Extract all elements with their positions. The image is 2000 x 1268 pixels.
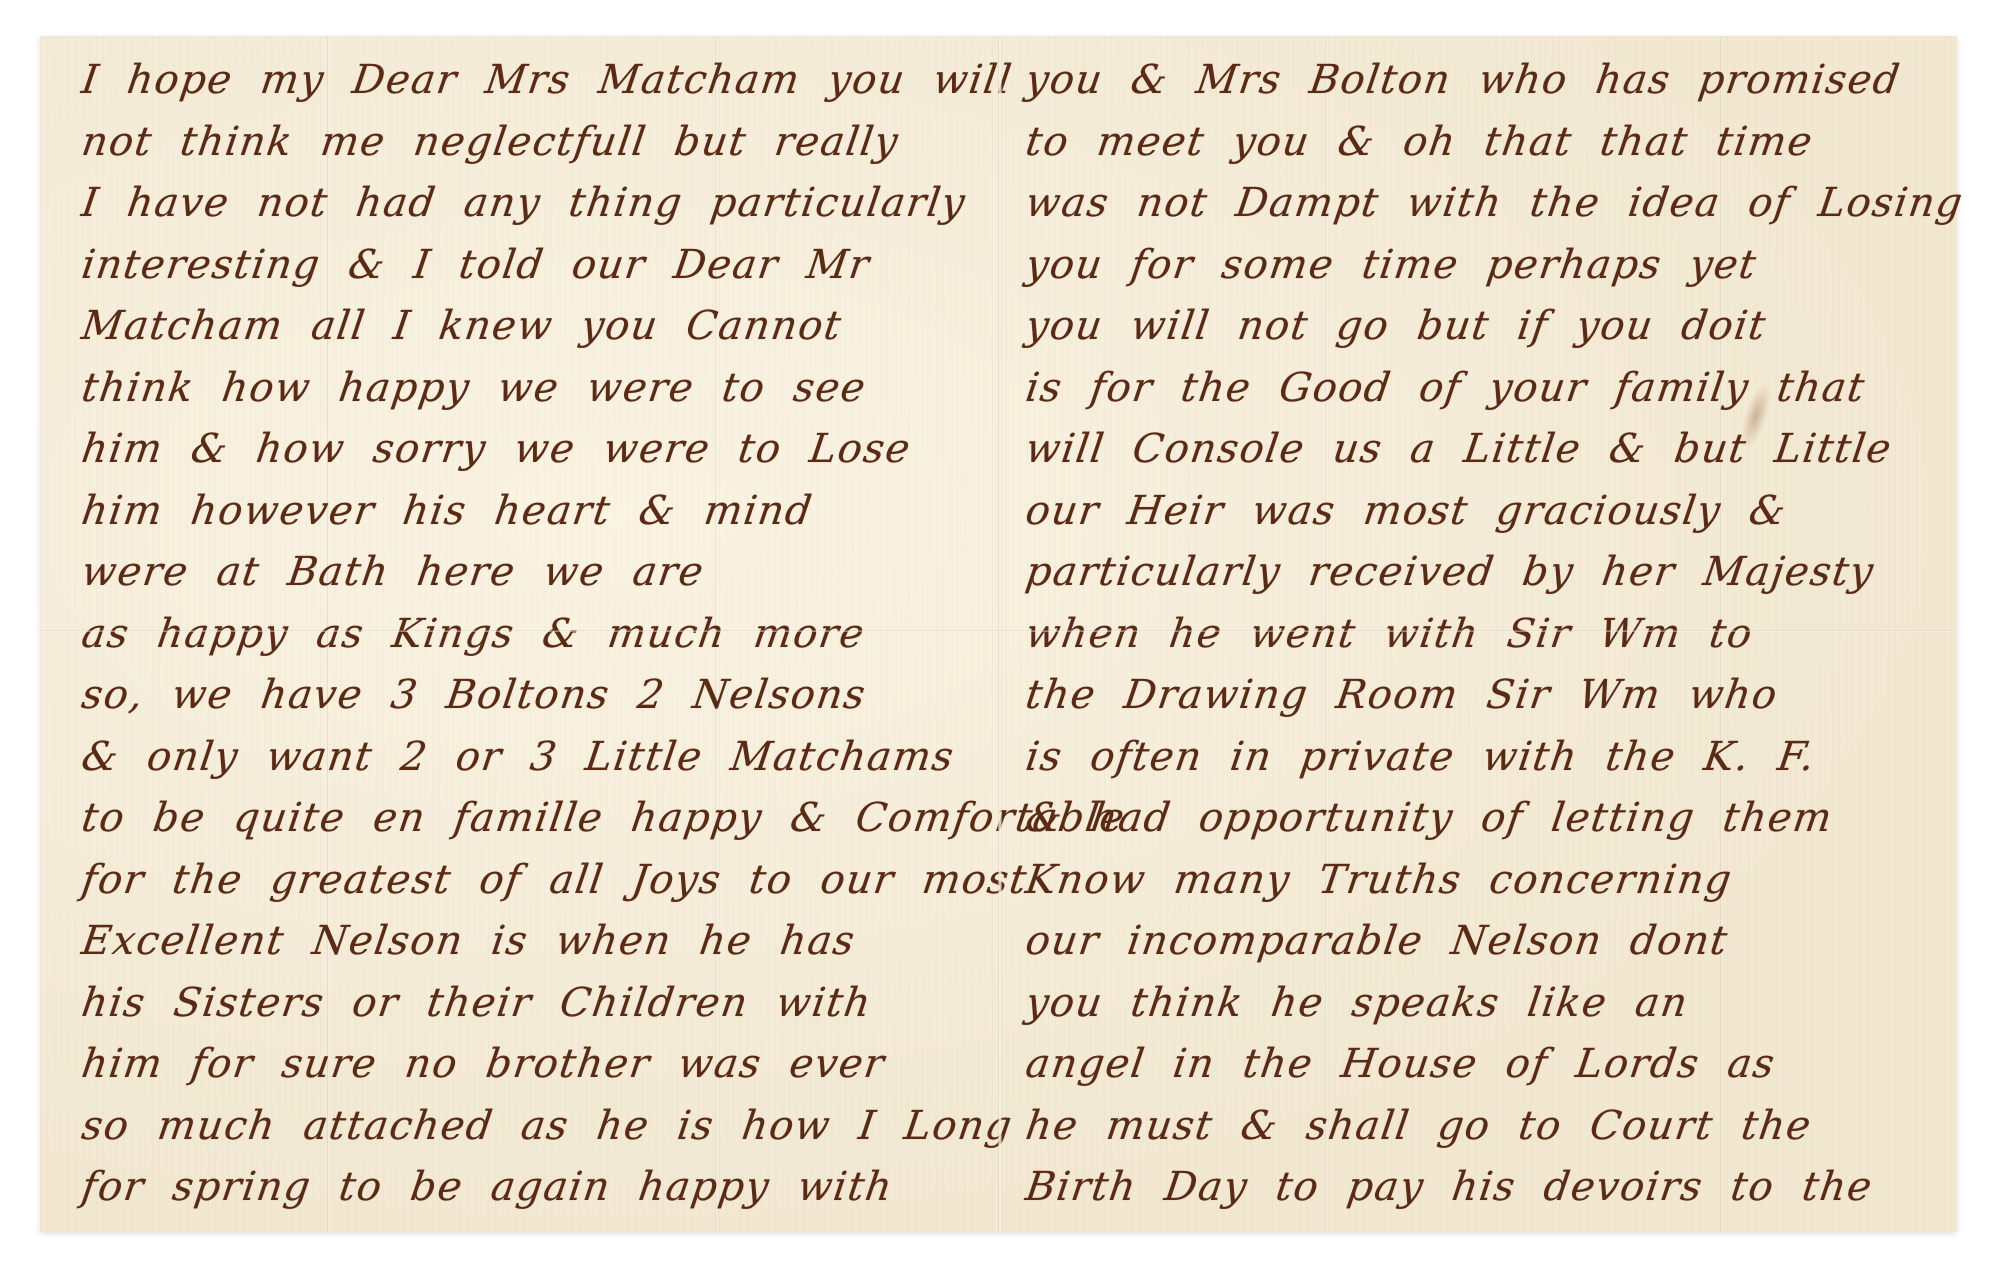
handwritten-line: I have not had any thing particularly: [36, 173, 1005, 235]
handwritten-line: our incomparable Nelson dont: [998, 911, 1962, 973]
handwritten-line: so, we have 3 Boltons 2 Nelsons: [36, 665, 1005, 727]
handwritten-line: when he went with Sir Wm to: [998, 604, 1962, 666]
handwritten-line: so much attached as he is how I Long: [36, 1096, 1005, 1158]
handwritten-line: is often in private with the K. F.: [998, 727, 1962, 789]
handwritten-line: as happy as Kings & much more: [36, 604, 1005, 666]
handwritten-line: to be quite en famille happy & Comfortab…: [36, 788, 1005, 850]
handwritten-line: Matcham all I knew you Cannot: [36, 296, 1005, 358]
handwritten-line: & had opportunity of letting them: [998, 788, 1962, 850]
handwritten-line: angel in the House of Lords as: [998, 1034, 1962, 1096]
handwritten-line: Excellent Nelson is when he has: [36, 911, 1005, 973]
left-page: I hope my Dear Mrs Matcham you will not …: [40, 36, 1000, 1232]
handwritten-line: he must & shall go to Court the: [998, 1096, 1962, 1158]
handwritten-line: you think he speaks like an: [998, 973, 1962, 1035]
right-page-text: you & Mrs Bolton who has promised to mee…: [1002, 50, 1957, 1219]
handwritten-line: the Drawing Room Sir Wm who: [998, 665, 1962, 727]
fold-line-horizontal: [40, 630, 1957, 632]
handwritten-line: him for sure no brother was ever: [36, 1034, 1005, 1096]
handwritten-line: & only want 2 or 3 Little Matchams: [36, 727, 1005, 789]
handwritten-line: particularly received by her Majesty: [998, 542, 1962, 604]
handwritten-line: to meet you & oh that that time: [998, 112, 1962, 174]
handwritten-line: you & Mrs Bolton who has promised: [998, 50, 1962, 112]
letter-sheet: I hope my Dear Mrs Matcham you will not …: [40, 36, 1957, 1232]
handwritten-line: were at Bath here we are: [36, 542, 1005, 604]
handwritten-line: I hope my Dear Mrs Matcham you will: [36, 50, 1005, 112]
right-page: you & Mrs Bolton who has promised to mee…: [1002, 36, 1957, 1232]
handwritten-line: think how happy we were to see: [36, 358, 1005, 420]
handwritten-line: for spring to be again happy with: [36, 1157, 1005, 1219]
handwritten-line: him & how sorry we were to Lose: [36, 419, 1005, 481]
handwritten-line: will Console us a Little & but Little: [998, 419, 1962, 481]
handwritten-line: not think me neglectfull but really: [36, 112, 1005, 174]
handwritten-line: for the greatest of all Joys to our most: [36, 850, 1005, 912]
handwritten-line: you will not go but if you doit: [998, 296, 1962, 358]
handwritten-line: Know many Truths concerning: [998, 850, 1962, 912]
handwritten-line: interesting & I told our Dear Mr: [36, 235, 1005, 297]
handwritten-line: was not Dampt with the idea of Losing: [998, 173, 1962, 235]
handwritten-line: his Sisters or their Children with: [36, 973, 1005, 1035]
handwritten-line: is for the Good of your family that: [998, 358, 1962, 420]
handwritten-line: our Heir was most graciously &: [998, 481, 1962, 543]
handwritten-line: Birth Day to pay his devoirs to the: [998, 1157, 1962, 1219]
handwritten-line: you for some time perhaps yet: [998, 235, 1962, 297]
handwritten-line: him however his heart & mind: [36, 481, 1005, 543]
left-page-text: I hope my Dear Mrs Matcham you will not …: [40, 50, 1000, 1219]
